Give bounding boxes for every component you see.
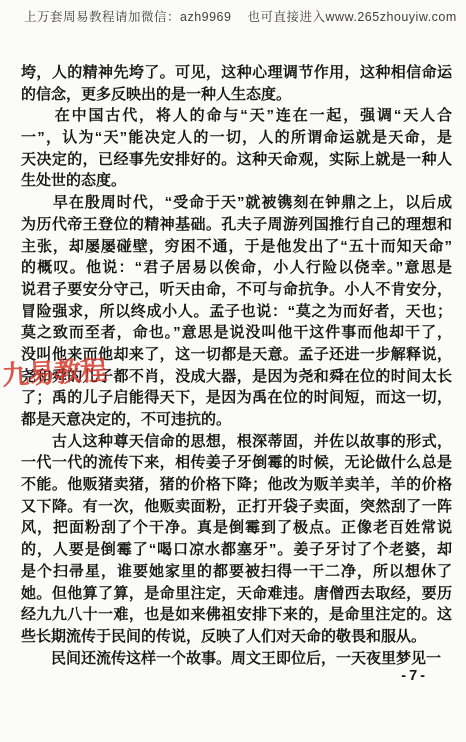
text-line: 的信念，更多反映出的是一种人生态度。	[21, 84, 452, 106]
text-line: 一代一代的流传下来，相传姜子牙倒霉的时候，无论做什么总是	[21, 452, 452, 474]
text-line: 都是天意决定的，不可违抗的。	[21, 409, 452, 431]
text-line: 些长期流传于民间的传说，反映了人们对天命的敬畏和服从。	[21, 626, 452, 648]
text-line: 她。但他算了算，是命里注定，天命难违。唐僧西去取经，要历	[21, 583, 452, 605]
page-number: -7-	[401, 668, 428, 684]
text-line: 古人这种尊天信命的思想，根深蒂固，并佐以故事的形式，	[21, 431, 452, 453]
text-line: 的，人要是倒霉了“喝口凉水都塞牙”。姜子牙讨了个老婆，却	[21, 539, 452, 561]
promo-text-right: 也可直接进入www.265zhouyiw.com	[247, 7, 456, 25]
text-line: 主张，却屡屡碰壁，穷困不通，于是他发出了“五十而知天命”	[21, 236, 452, 258]
text-line: 不能。他贩猪卖猪，猪的价格下降；他改为贩羊卖羊，羊的价格	[21, 474, 452, 496]
text-line: 又下降。有一次，他贩卖面粉，正打开袋子卖面，突然刮了一阵	[21, 496, 452, 518]
text-line: 了；禹的儿子启能得天下，是因为禹在位的时间短，而这一切，	[21, 387, 452, 409]
text-line: 是个扫帚星，谁要她家里的都要被扫得一干二净，所以想休了	[21, 561, 452, 583]
text-line: 一”，认为“天”能决定人的一切，人的所谓命运就是天命，是	[21, 127, 452, 149]
watermark: 九易教程	[1, 348, 107, 392]
text-line: 在中国古代，将人的命与“天”连在一起，强调“天人合	[21, 105, 452, 127]
promo-text-left: 上万套周易教程请加微信：azh9969	[24, 7, 231, 25]
text-line: 生处世的态度。	[21, 170, 452, 192]
promo-header: 上万套周易教程请加微信：azh9969 也可直接进入www.265zhouyiw…	[24, 7, 458, 25]
book-page: 上万套周易教程请加微信：azh9969 也可直接进入www.265zhouyiw…	[0, 0, 466, 742]
text-line: 说君子要安分守己，听天由命，不可与命抗争。小人不肯安分，	[21, 279, 452, 301]
text-line: 天决定的，已经事先安排好的。这种天命观，实际上就是一种人	[21, 149, 452, 171]
text-line: 民间还流传这样一个故事。周文王即位后，一天夜里梦见一	[21, 648, 452, 670]
text-line: 为历代帝王登位的精神基础。孔夫子周游列国推行自己的理想和	[21, 214, 452, 236]
text-line: 风，把面粉刮了个干净。真是倒霉到了极点。正像老百姓常说	[21, 517, 452, 539]
text-line: 的概叹。他说：“君子居易以俟命，小人行险以侥幸。”意思是	[21, 257, 452, 279]
text-line: 冒险强求，所以终成小人。孟子也说：“莫之为而好者，天也；	[21, 301, 452, 323]
text-line: 莫之致而至者，命也。”意思是说没叫他干这件事而他却干了，	[21, 322, 452, 344]
text-line: 垮，人的精神先垮了。可见，这种心理调节作用，这种相信命运	[21, 62, 452, 84]
text-line: 经九九八十一难，也是如来佛祖安排下来的，是命里注定的。这	[21, 604, 452, 626]
text-line: 早在殷周时代，“受命于天”就被镌刻在钟鼎之上，以后成	[21, 192, 452, 214]
